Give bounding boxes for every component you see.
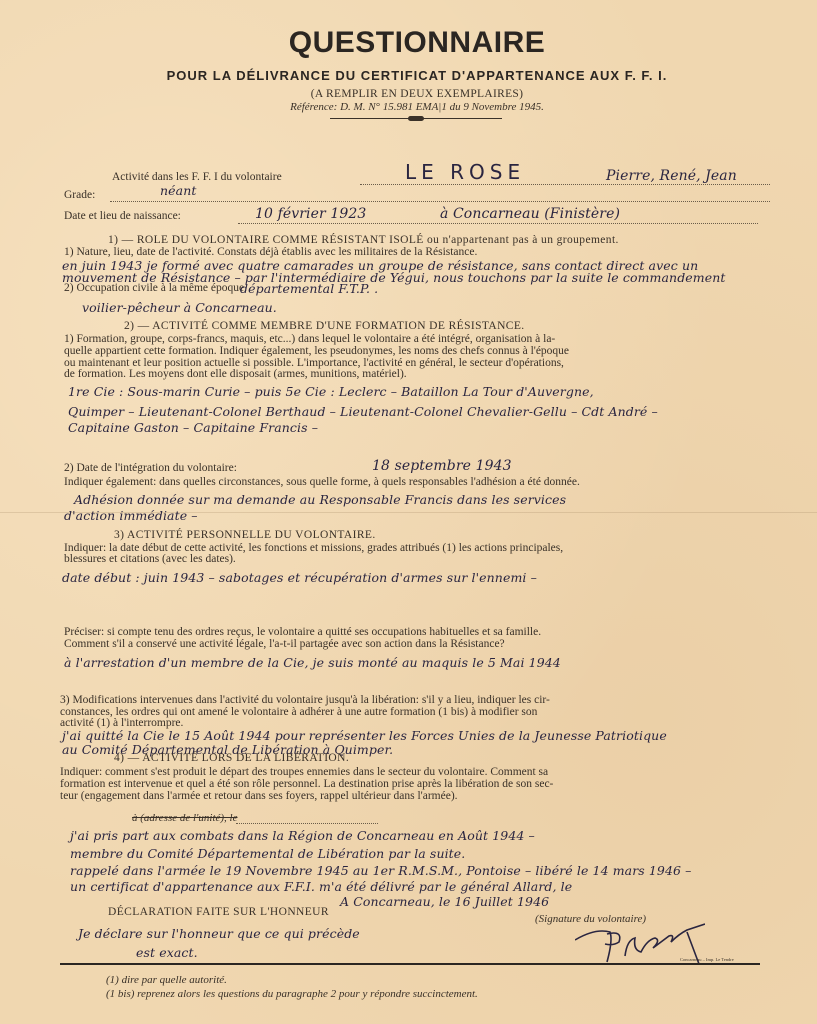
- footnote-1bis: (1 bis) reprenez alors les questions du …: [106, 988, 478, 1000]
- grade-label: Grade:: [64, 189, 95, 201]
- document-page: QUESTIONNAIRE POUR LA DÉLIVRANCE DU CERT…: [0, 0, 817, 1024]
- section4-answer-line[interactable]: j'ai pris part aux combats dans la Régio…: [70, 828, 535, 843]
- modification-answer-line[interactable]: j'ai quitté la Cie le 15 Août 1944 pour …: [62, 728, 667, 743]
- section3-answer[interactable]: date début : juin 1943 – sabotages et ré…: [62, 570, 537, 585]
- integration-date-field[interactable]: 18 septembre 1943: [372, 458, 512, 474]
- declaration-text-line2[interactable]: est exact.: [136, 945, 198, 960]
- section1-heading: 1) — ROLE DU VOLONTAIRE COMME RÉSISTANT …: [108, 234, 619, 246]
- footer-rule: [60, 963, 760, 965]
- section2-question1-line: de formation. Les moyens dont elle dispo…: [64, 368, 407, 380]
- integration-date-label: 2) Date de l'intégration du volontaire:: [64, 462, 237, 474]
- section1-answer2[interactable]: voilier-pêcheur à Concarneau.: [82, 300, 277, 315]
- printer-mark: Concarneau – Imp. Le Tendre: [680, 957, 734, 962]
- section4-question-line: Indiquer: comment s'est produit le dépar…: [60, 766, 548, 778]
- precise-answer[interactable]: à l'arrestation d'un membre de la Cie, j…: [64, 655, 561, 670]
- section2-answer1-line[interactable]: Quimper – Lieutenant-Colonel Berthaud – …: [68, 404, 658, 419]
- section4-answer-line[interactable]: membre du Comité Départemental de Libéra…: [70, 846, 465, 861]
- header-ornament: [330, 118, 502, 119]
- integration-answer-line[interactable]: d'action immédiate –: [64, 508, 198, 523]
- precise-question-line: Comment s'il a conservé une activité lég…: [64, 638, 505, 650]
- footnote-1: (1) dire par quelle autorité.: [106, 974, 227, 986]
- grade-line: [110, 201, 770, 202]
- section4-question-line: formation est intervenue et quel a été s…: [60, 778, 553, 790]
- modification-question-line: 3) Modifications intervenues dans l'acti…: [60, 694, 550, 706]
- precise-question-line: Préciser: si compte tenu des ordres reçu…: [64, 626, 541, 638]
- section4-question-line: teur (engagement dans l'armée et retour …: [60, 790, 458, 802]
- section2-answer1-line[interactable]: 1re Cie : Sous-marin Curie – puis 5e Cie…: [68, 384, 594, 399]
- document-title: QUESTIONNAIRE: [0, 26, 817, 60]
- section2-question1-line: quelle appartient cette formation. Indiq…: [64, 345, 569, 357]
- birth-date-field[interactable]: 10 février 1923: [255, 206, 366, 222]
- surname-line: [360, 184, 770, 185]
- reference-line: Référence: D. M. N° 15.981 EMA|1 du 9 No…: [0, 101, 817, 113]
- section1-answer-line3[interactable]: départemental F.T.P. .: [240, 281, 378, 296]
- unit-address-line: [236, 823, 378, 824]
- place-date-field[interactable]: A Concarneau, le 16 Juillet 1946: [340, 894, 549, 909]
- grade-field[interactable]: néant: [160, 183, 196, 198]
- declaration-text-line1[interactable]: Je déclare sur l'honneur que ce qui préc…: [78, 926, 360, 941]
- section4-heading: 4) — ACTIVITÉ LORS DE LA LIBÉRATION.: [114, 752, 349, 764]
- activity-label: Activité dans les F. F. I du volontaire: [112, 171, 282, 183]
- birth-label: Date et lieu de naissance:: [64, 210, 181, 222]
- section1-question2: 2) Occupation civile à la même époque.: [64, 282, 247, 294]
- section4-answer-line[interactable]: rappelé dans l'armée le 19 Novembre 1945…: [70, 863, 692, 878]
- section4-answer-line[interactable]: un certificat d'appartenance aux F.F.I. …: [70, 879, 572, 894]
- given-names-field[interactable]: Pierre, René, Jean: [606, 168, 737, 184]
- section3-heading: 3) ACTIVITÉ PERSONNELLE DU VOLONTAIRE.: [114, 529, 376, 541]
- section2-question1-line: 1) Formation, groupe, corps-francs, maqu…: [64, 333, 555, 345]
- birth-line: [238, 223, 758, 224]
- section1-question1: 1) Nature, lieu, date de l'activité. Con…: [64, 246, 477, 258]
- section2-answer1-line[interactable]: Capitaine Gaston – Capitaine Francis –: [68, 420, 318, 435]
- section2-heading: 2) — ACTIVITÉ COMME MEMBRE D'UNE FORMATI…: [124, 320, 525, 332]
- struck-unit-address: à (adresse de l'unité), le: [132, 812, 238, 824]
- document-subtitle: POUR LA DÉLIVRANCE DU CERTIFICAT D'APPAR…: [0, 68, 817, 83]
- integration-detail-question: Indiquer également: dans quelles circons…: [64, 476, 580, 488]
- surname-field[interactable]: LE ROSE: [405, 160, 525, 184]
- birth-place-field[interactable]: à Concarneau (Finistère): [440, 206, 620, 222]
- section3-question-line: blessures et citations (avec les dates).: [64, 553, 236, 565]
- declaration-heading: DÉCLARATION FAITE SUR L'HONNEUR: [108, 906, 329, 918]
- fill-instruction: (A REMPLIR EN DEUX EXEMPLAIRES): [0, 88, 817, 100]
- integration-answer-line[interactable]: Adhésion donnée sur ma demande au Respon…: [74, 492, 566, 507]
